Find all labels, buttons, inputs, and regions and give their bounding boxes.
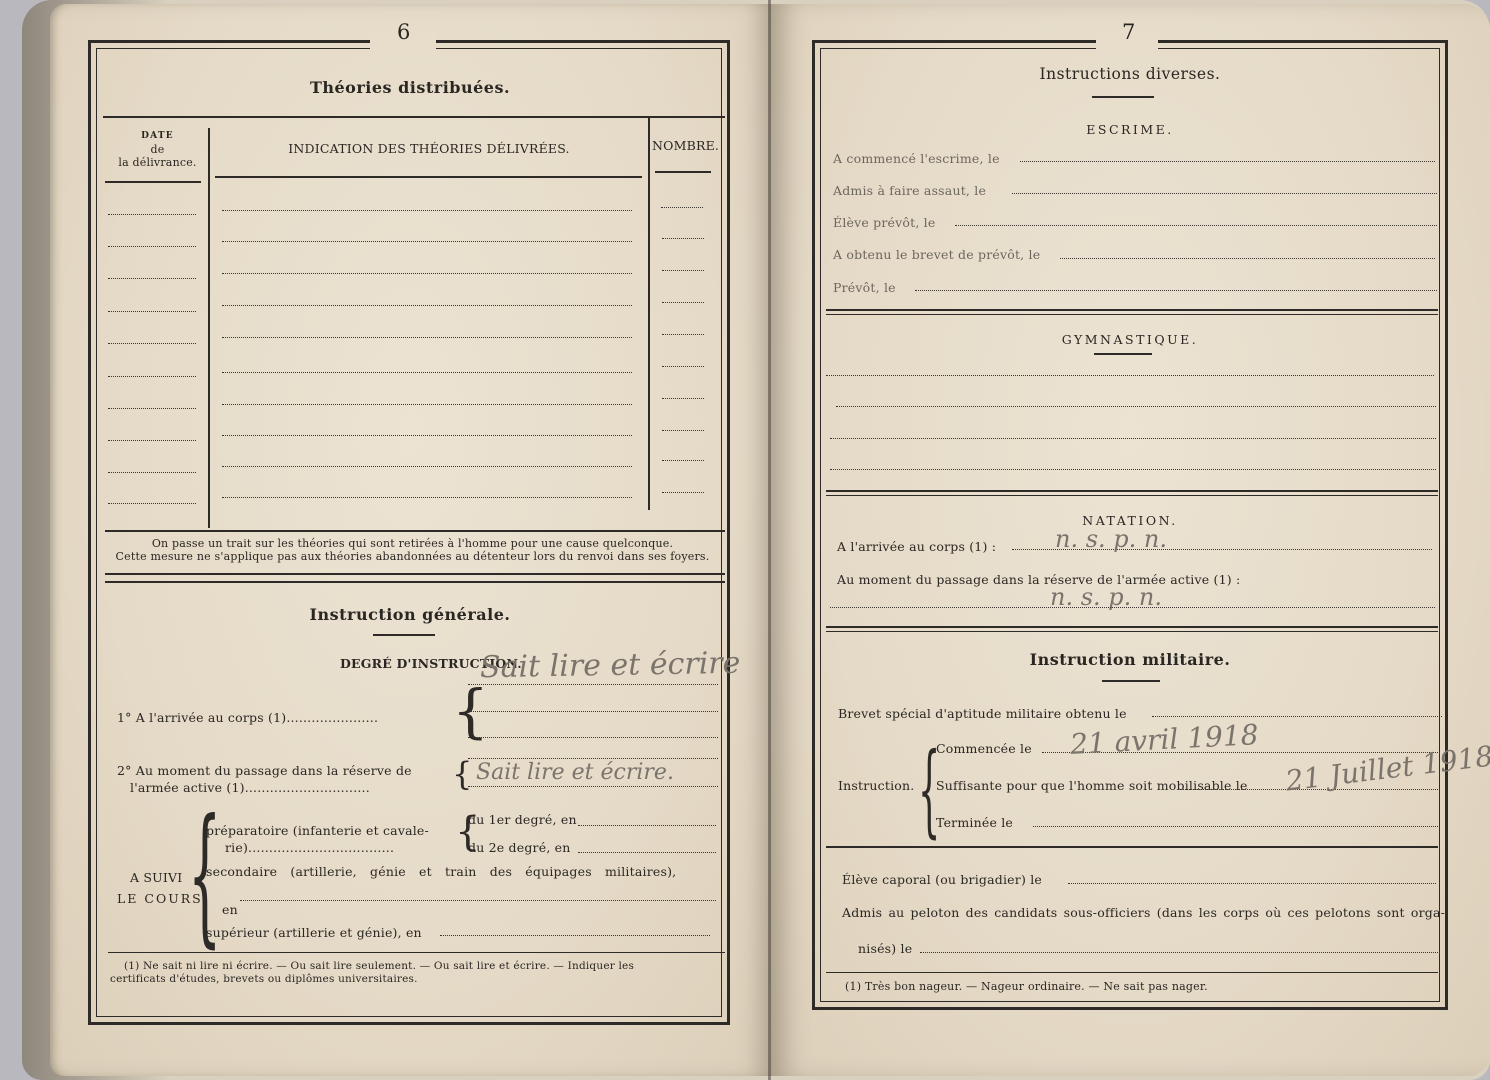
table-row[interactable]	[108, 214, 196, 215]
preparatoire-label: préparatoire (infanterie et cavale-	[206, 823, 429, 838]
theories-note: On passe un trait sur les théories qui s…	[100, 537, 725, 563]
eleve-caporal-field[interactable]	[1068, 883, 1436, 884]
column-divider	[208, 128, 210, 528]
page-number-6: 6	[385, 20, 422, 44]
instruction-generale-footnote: (1) Ne sait ni lire ni écrire. — Ou sait…	[110, 960, 634, 986]
escrime-field-label: Prévôt, le	[833, 280, 896, 295]
natation-reserve-field[interactable]	[830, 607, 1435, 608]
natation-arrivee-label: A l'arrivée au corps (1) :	[837, 539, 996, 554]
escrime-brevet-field[interactable]	[1060, 258, 1435, 259]
title-underline	[1092, 96, 1154, 98]
column-header-indication: INDICATION DES THÉORIES DÉLIVRÉES.	[214, 141, 644, 156]
divider	[826, 972, 1438, 973]
secondaire-en-label: en	[222, 902, 238, 917]
superieur-label: supérieur (artillerie et génie), en	[206, 925, 422, 940]
secondaire-label: secondaire (artillerie, génie et train d…	[206, 864, 676, 879]
escrime-commence-field[interactable]	[1020, 161, 1435, 162]
terminee-label: Terminée le	[936, 815, 1013, 830]
instructions-diverses-title: Instructions diverses.	[825, 65, 1435, 83]
natation-footnote: (1) Très bon nageur. — Nageur ordinaire.…	[845, 980, 1208, 993]
instruction-militaire-title: Instruction militaire.	[825, 650, 1435, 669]
gymnastique-line[interactable]	[836, 406, 1436, 407]
peloton-label-line2: nisés) le	[858, 941, 912, 956]
instruction-generale-title: Instruction générale.	[100, 605, 720, 624]
degre2-label: du 2e degré, en	[468, 840, 571, 855]
divider	[103, 116, 725, 118]
divider	[826, 495, 1438, 496]
column-header-nombre: NOMBRE.	[652, 138, 714, 153]
divider	[108, 952, 725, 953]
title-underline	[373, 634, 435, 636]
divider	[105, 530, 725, 532]
peloton-label: Admis au peloton des candidats sous-offi…	[842, 905, 1445, 920]
arrivee-corps-label: 1° A l'arrivée au corps (1).............…	[117, 710, 378, 725]
divider	[826, 309, 1438, 311]
eleve-caporal-label: Élève caporal (ou brigadier) le	[842, 872, 1042, 887]
escrime-assaut-field[interactable]	[1012, 193, 1437, 194]
brevet-label: Brevet spécial d'aptitude militaire obte…	[838, 706, 1127, 721]
escrime-field-label: Admis à faire assaut, le	[833, 183, 986, 198]
divider	[105, 573, 725, 575]
escrime-field-label: Élève prévôt, le	[833, 215, 935, 230]
escrime-eleve-prevot-field[interactable]	[955, 225, 1437, 226]
title-underline	[1102, 680, 1160, 682]
handwritten-degre-reserve: Sait lire et écrire.	[476, 760, 674, 785]
gymnastique-line[interactable]	[830, 438, 1436, 439]
degre1-label: du 1er degré, en	[468, 812, 577, 827]
preparatoire-label-line2: rie)...................................	[225, 840, 394, 855]
escrime-heading: ESCRIME.	[825, 122, 1435, 137]
passage-reserve-label: 2° Au moment du passage dans la réserve …	[117, 763, 412, 778]
handwritten-natation-arrivee: n. s. p. n.	[1055, 525, 1167, 553]
column-header-date: DATE de la délivrance.	[110, 130, 205, 169]
gymnastique-line[interactable]	[830, 469, 1436, 470]
instruction-label: Instruction.	[838, 778, 914, 793]
handwritten-degre-arrivee: Sait lire et écrire	[480, 646, 741, 686]
peloton-field[interactable]	[920, 952, 1440, 953]
escrime-field-label: A commencé l'escrime, le	[833, 151, 1000, 166]
header-rule	[655, 171, 711, 173]
header-rule	[215, 176, 642, 178]
divider	[105, 581, 725, 583]
brevet-field[interactable]	[1152, 716, 1442, 717]
title-underline	[1094, 353, 1152, 355]
divider	[826, 846, 1438, 848]
table-row[interactable]	[661, 207, 703, 208]
column-divider	[648, 118, 650, 510]
book-gutter	[768, 0, 771, 1080]
passage-reserve-label-line2: l'armée active (1)......................…	[130, 780, 370, 795]
divider	[826, 626, 1438, 628]
divider	[826, 314, 1438, 315]
a-suivi-label: A SUIVI	[130, 870, 182, 885]
gymnastique-line[interactable]	[826, 375, 1434, 376]
brace: {	[452, 682, 489, 740]
commencee-label: Commencée le	[936, 741, 1032, 756]
divider	[826, 490, 1438, 492]
suffisante-label: Suffisante pour que l'homme soit mobilis…	[936, 778, 1248, 793]
escrime-field-label: A obtenu le brevet de prévôt, le	[833, 247, 1040, 262]
natation-reserve-label: Au moment du passage dans la réserve de …	[837, 572, 1240, 587]
gymnastique-heading: GYMNASTIQUE.	[825, 332, 1435, 347]
header-rule	[105, 181, 201, 183]
escrime-prevot-field[interactable]	[915, 290, 1437, 291]
page-number-7: 7	[1110, 20, 1147, 44]
brace: {	[452, 758, 472, 790]
table-row[interactable]	[222, 210, 632, 211]
terminee-field[interactable]	[1033, 826, 1440, 827]
theories-title: Théories distribuées.	[100, 78, 720, 97]
divider	[826, 631, 1438, 632]
